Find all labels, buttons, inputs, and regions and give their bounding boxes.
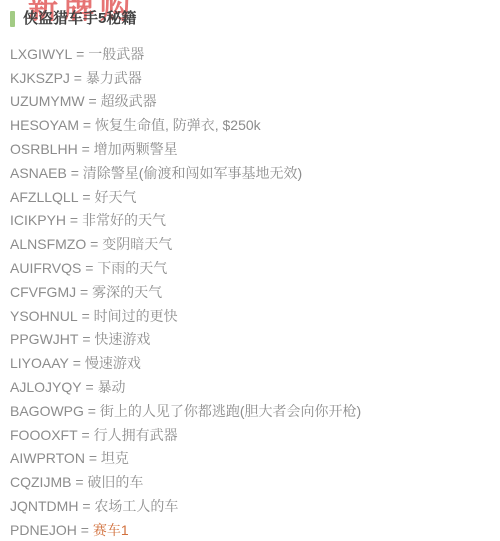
cheat-item: CFVFGMJ = 雾深的天气: [10, 280, 490, 304]
cheat-code: CQZIJMB: [10, 474, 71, 490]
equals-separator: =: [78, 427, 94, 443]
equals-separator: =: [78, 189, 94, 205]
equals-separator: =: [66, 212, 82, 228]
cheat-desc-link[interactable]: 赛车1: [93, 520, 129, 540]
cheat-desc: 农场工人的车: [94, 496, 178, 516]
equals-separator: =: [82, 379, 98, 395]
cheat-item: OSRBLHH = 增加两颗警星: [10, 137, 490, 161]
cheat-code: KJKSZPJ: [10, 70, 70, 86]
cheat-item: LXGIWYL = 一般武器: [10, 42, 490, 66]
cheat-code: LIYOAAY: [10, 355, 69, 371]
cheat-code: PDNEJOH: [10, 522, 77, 538]
page-title: 侠盗猎车手5秘籍: [23, 10, 136, 28]
cheat-code: ASNAEB: [10, 165, 67, 181]
cheat-code: LXGIWYL: [10, 46, 72, 62]
cheat-code: PPGWJHT: [10, 331, 78, 347]
cheat-item: AUIFRVQS = 下雨的天气: [10, 256, 490, 280]
equals-separator: =: [77, 522, 93, 538]
cheat-item: ICIKPYH = 非常好的天气: [10, 209, 490, 233]
equals-separator: =: [85, 93, 101, 109]
cheat-code: AFZLLQLL: [10, 189, 78, 205]
cheat-code: UZUMYMW: [10, 93, 85, 109]
equals-separator: =: [72, 46, 88, 62]
title-accent-bar: [10, 11, 15, 27]
equals-separator: =: [78, 308, 94, 324]
cheat-code: JQNTDMH: [10, 498, 78, 514]
cheat-desc: 清除警星(偷渡和闯如军事基地无效): [83, 163, 302, 183]
equals-separator: =: [78, 141, 94, 157]
cheat-item: FOOOXFT = 行人拥有武器: [10, 423, 490, 447]
cheat-item: UZUMYMW = 超级武器: [10, 90, 490, 114]
equals-separator: =: [71, 474, 87, 490]
cheat-desc: 时间过的更快: [94, 306, 178, 326]
equals-separator: =: [76, 284, 92, 300]
equals-separator: =: [69, 355, 85, 371]
cheat-desc: 超级武器: [101, 91, 157, 111]
cheat-item: BAGOWPG = 街上的人见了你都逃跑(胆大者会向你开枪): [10, 399, 490, 423]
cheat-item: AJLOJYQY = 暴动: [10, 375, 490, 399]
cheat-desc: 恢复生命值, 防弹衣, $250k: [95, 115, 261, 135]
equals-separator: =: [70, 70, 86, 86]
equals-separator: =: [78, 498, 94, 514]
cheat-desc: 雾深的天气: [92, 282, 162, 302]
cheat-desc: 慢速游戏: [85, 353, 141, 373]
equals-separator: =: [78, 331, 94, 347]
cheat-list: LXGIWYL = 一般武器KJKSZPJ = 暴力武器UZUMYMW = 超级…: [10, 42, 490, 541]
equals-separator: =: [84, 403, 100, 419]
cheat-desc: 行人拥有武器: [94, 425, 178, 445]
cheat-desc: 街上的人见了你都逃跑(胆大者会向你开枪): [100, 401, 361, 421]
cheat-code: YSOHNUL: [10, 308, 78, 324]
equals-separator: =: [86, 236, 102, 252]
cheat-item: JQNTDMH = 农场工人的车: [10, 494, 490, 518]
cheat-item: HESOYAM = 恢复生命值, 防弹衣, $250k: [10, 113, 490, 137]
cheat-desc: 破旧的车: [87, 472, 143, 492]
cheat-desc: 暴力武器: [86, 68, 142, 88]
cheat-item: AFZLLQLL = 好天气: [10, 185, 490, 209]
cheat-desc: 非常好的天气: [82, 210, 166, 230]
cheat-item: PDNEJOH = 赛车1: [10, 518, 490, 541]
cheat-code: AIWPRTON: [10, 450, 85, 466]
equals-separator: =: [67, 165, 83, 181]
cheat-desc: 变阴暗天气: [102, 234, 172, 254]
cheat-item: PPGWJHT = 快速游戏: [10, 328, 490, 352]
cheat-desc: 坦克: [101, 448, 129, 468]
cheat-code: FOOOXFT: [10, 427, 78, 443]
cheat-code: ICIKPYH: [10, 212, 66, 228]
cheat-item: ALNSFMZO = 变阴暗天气: [10, 232, 490, 256]
equals-separator: =: [81, 260, 97, 276]
cheat-item: YSOHNUL = 时间过的更快: [10, 304, 490, 328]
cheat-desc: 暴动: [98, 377, 126, 397]
cheat-item: ASNAEB = 清除警星(偷渡和闯如军事基地无效): [10, 161, 490, 185]
cheat-code: ALNSFMZO: [10, 236, 86, 252]
cheat-code: HESOYAM: [10, 117, 79, 133]
cheat-code: AJLOJYQY: [10, 379, 82, 395]
cheat-item: KJKSZPJ = 暴力武器: [10, 66, 490, 90]
cheat-item: LIYOAAY = 慢速游戏: [10, 351, 490, 375]
article-page: 新牌购 侠盗猎车手5秘籍 LXGIWYL = 一般武器KJKSZPJ = 暴力武…: [0, 0, 500, 541]
cheat-code: AUIFRVQS: [10, 260, 81, 276]
cheat-desc: 一般武器: [88, 44, 144, 64]
cheat-code: CFVFGMJ: [10, 284, 76, 300]
cheat-item: CQZIJMB = 破旧的车: [10, 470, 490, 494]
equals-separator: =: [79, 117, 95, 133]
cheat-code: OSRBLHH: [10, 141, 78, 157]
equals-separator: =: [85, 450, 101, 466]
cheat-desc: 好天气: [94, 187, 136, 207]
cheat-desc: 增加两颗警星: [94, 139, 178, 159]
section-header: 侠盗猎车手5秘籍: [10, 10, 136, 28]
cheat-desc: 快速游戏: [94, 329, 150, 349]
cheat-code: BAGOWPG: [10, 403, 84, 419]
cheat-desc: 下雨的天气: [97, 258, 167, 278]
cheat-item: AIWPRTON = 坦克: [10, 447, 490, 471]
